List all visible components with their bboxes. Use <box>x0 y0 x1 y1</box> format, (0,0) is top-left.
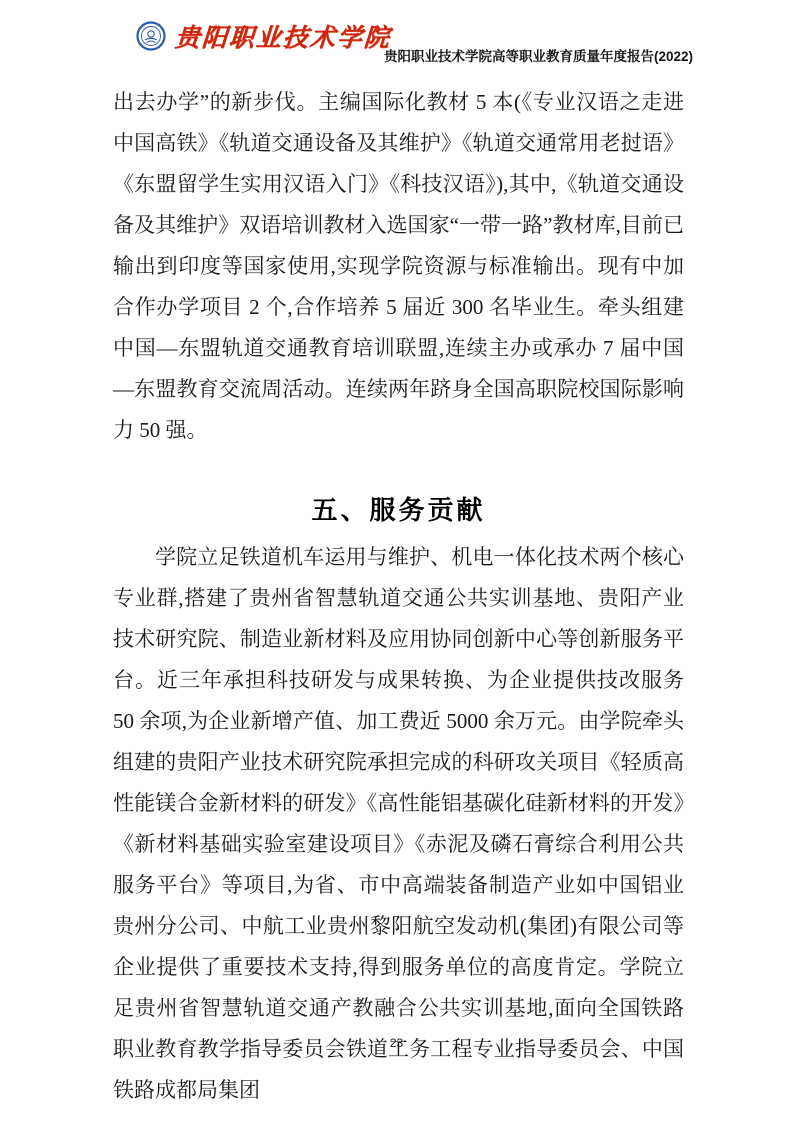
document-body: 出去办学”的新步伐。主编国际化教材 5 本(《专业汉语之走进中国高铁》《轨道交通… <box>113 82 684 1111</box>
school-name-calligraphy: 贵阳职业技术学院 <box>174 18 393 54</box>
section-heading-service-contribution: 五、服务贡献 <box>113 493 684 527</box>
paragraph-international-cooperation: 出去办学”的新步伐。主编国际化教材 5 本(《专业汉语之走进中国高铁》《轨道交通… <box>113 82 684 451</box>
school-emblem-icon <box>136 21 166 51</box>
header-logo-group: 贵阳职业技术学院 <box>136 18 391 54</box>
report-page: 贵阳职业技术学院 贵阳职业技术学院高等职业教育质量年度报告(2022) 出去办学… <box>0 0 793 1122</box>
paragraph-service-contribution: 学院立足铁道机车运用与维护、机电一体化技术两个核心专业群,搭建了贵州省智慧轨道交… <box>113 537 684 1111</box>
report-title: 贵阳职业技术学院高等职业教育质量年度报告(2022) <box>384 45 693 65</box>
page-number: 23 <box>0 1036 793 1050</box>
